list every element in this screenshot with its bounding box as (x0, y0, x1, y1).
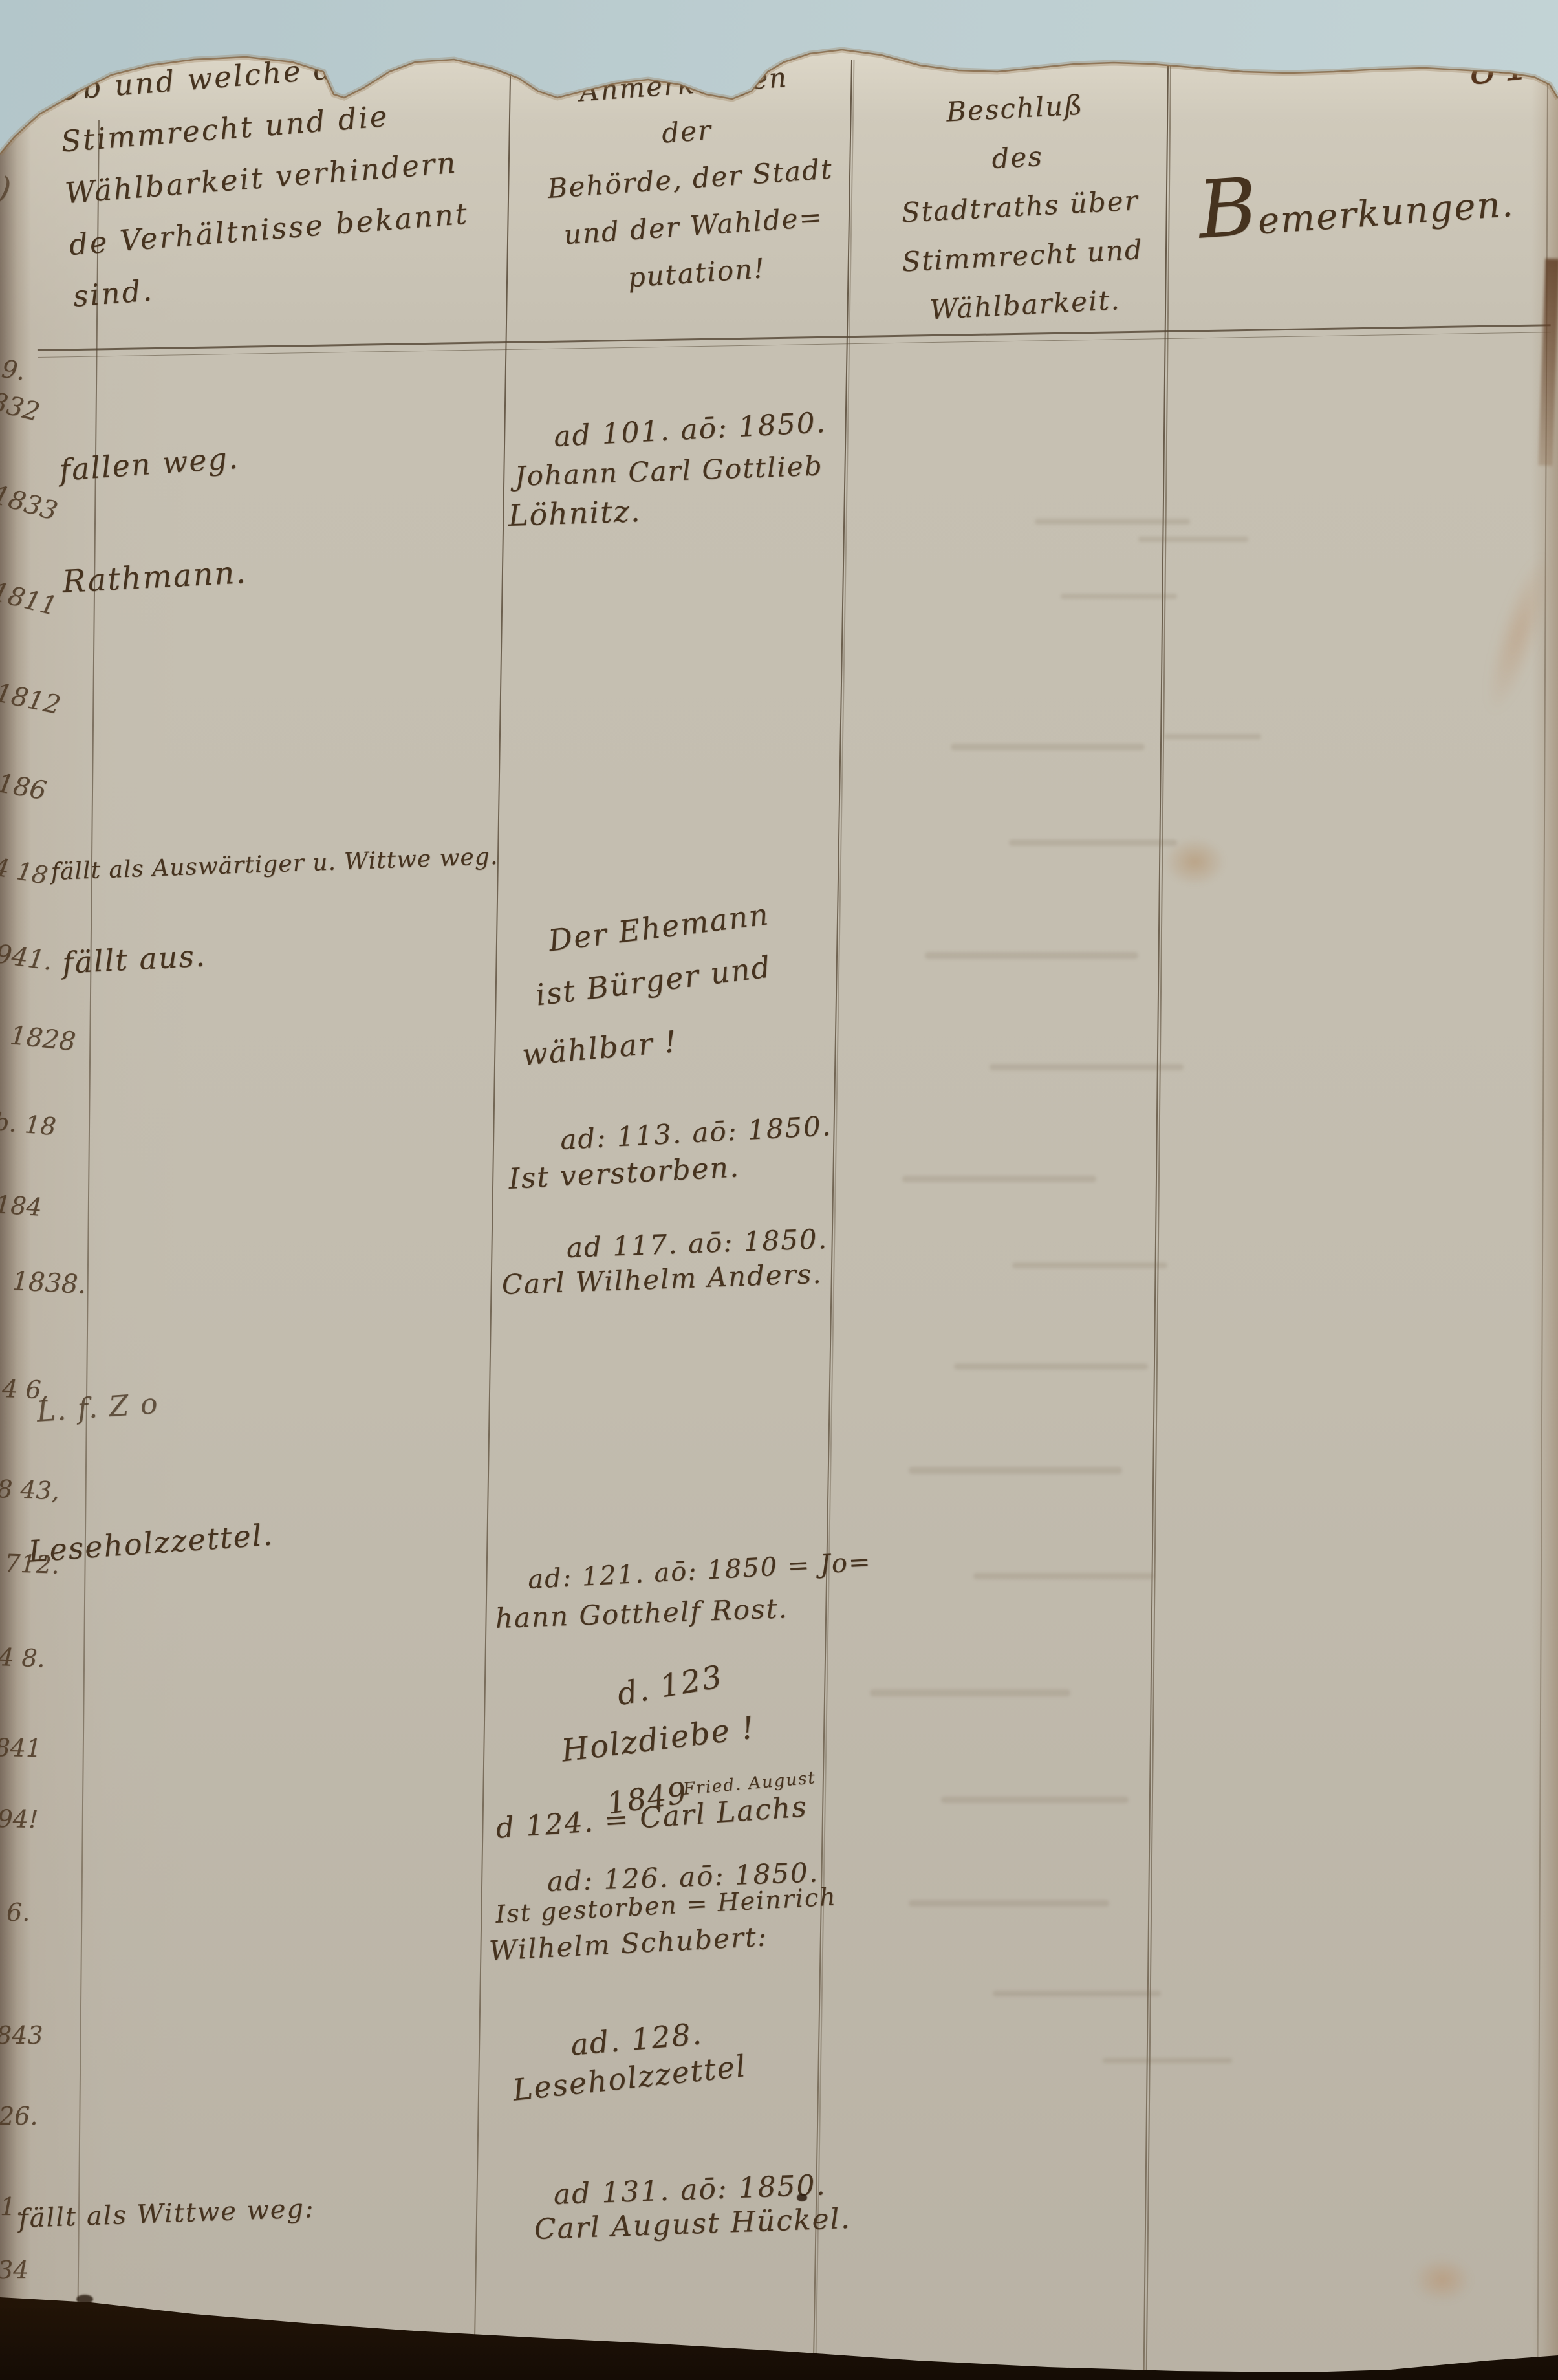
col1-entry: fällt als Auswärtiger u. Wittwe weg. (50, 843, 499, 885)
margin-fragment: F (0, 57, 21, 105)
col2-line: Der Ehemann (546, 896, 771, 958)
margin-fragment: 6. (6, 1898, 30, 1927)
margin-fragment: 34 (0, 2256, 28, 2284)
bleed-through-mark (909, 1467, 1122, 1474)
ink-speck (797, 2194, 807, 2201)
bleed-through-mark (990, 1064, 1184, 1070)
ledger-page: Ob und welche das Stimmrecht und die Wäh… (0, 0, 1558, 2380)
bleed-through-mark (925, 952, 1138, 959)
col2-line: ist Bürger und (534, 949, 774, 1012)
margin-fragment: 1. (0, 2192, 23, 2221)
col2-line: hann Gotthelf Rost. (495, 1592, 788, 1634)
paper-stain (1413, 2257, 1471, 2302)
margin-fragment: 843 (0, 2021, 43, 2050)
col1-entry: fällt als Wittwe weg: (18, 2194, 315, 2234)
header-col2: Anmerkungen der Behörde, der Stadt und d… (517, 49, 863, 308)
col1-entry: L. f. Z o (36, 1387, 160, 1429)
column-divider-1 (473, 76, 511, 2380)
bleed-through-mark (951, 744, 1145, 750)
bleed-through-mark (1035, 519, 1190, 525)
bleed-through-mark (954, 1363, 1148, 1370)
bleed-through-mark (1009, 839, 1177, 846)
col2-line: Löhnitz. (508, 493, 642, 533)
col2-line: Ist verstorben. (508, 1151, 741, 1196)
margin-fragment: 4 6, (1, 1374, 49, 1405)
bleed-through-mark (973, 1573, 1154, 1579)
bleed-through-mark (941, 1797, 1129, 1803)
paper-stain (1164, 838, 1226, 886)
col2-line: Carl Wilhelm Anders. (501, 1258, 823, 1301)
margin-fragment: 4 8. (0, 1643, 45, 1673)
bleed-through-mark (1061, 594, 1177, 599)
col2-line: ad: 121. aō: 1850 = Jo= (527, 1547, 872, 1595)
col2-line: wählbar ! (521, 1024, 679, 1072)
bleed-through-mark (1164, 734, 1261, 739)
col2-line: Johann Carl Gottlieb (514, 449, 823, 492)
bleed-through-mark (993, 1991, 1161, 1996)
bleed-through-mark (909, 1900, 1109, 1907)
page-number: 84 (1467, 39, 1531, 94)
col1-entry: fällt aus. (61, 938, 207, 980)
col2-line: ad: 113. aō: 1850. (559, 1110, 832, 1156)
col2-line: d. 123 (614, 1658, 726, 1713)
margin-fragment: b. 18 (0, 1107, 57, 1141)
column-divider-3 (1143, 66, 1169, 2380)
col2-line: Holzdiebe ! (559, 1709, 757, 1769)
col2-line: Wilhelm Schubert: (488, 1920, 768, 1966)
header-col4: Bemerkungen. (1195, 140, 1550, 257)
margin-fragment: 8 43, (0, 1475, 60, 1505)
col1-entry: Leseholzzettel. (27, 1517, 275, 1569)
margin-fragment: 94! (0, 1804, 39, 1834)
col2-line: ad 101. aō: 1850. (553, 406, 827, 453)
margin-fragment: 841 (0, 1733, 42, 1762)
col1-entry: Rathmann. (61, 554, 248, 600)
margin-fragment: 184 (0, 1190, 43, 1222)
col2-line: ad 117. aō: 1850. (566, 1223, 828, 1264)
margin-fragment: 26. (0, 2102, 38, 2130)
margin-fragment: 9. (0, 354, 27, 386)
header-col1: Ob und welche das Stimmrecht und die Wäh… (55, 31, 501, 323)
margin-fragment: 712. (4, 1549, 60, 1579)
bleed-through-mark (870, 1689, 1070, 1696)
header-separator-line (38, 324, 1551, 358)
header-col3: Beschluß des Stadtraths über Stimmrecht … (867, 76, 1173, 337)
bleed-through-mark (902, 1176, 1096, 1182)
col1-entry: fallen weg. (58, 440, 240, 488)
bleed-through-mark (1138, 537, 1248, 542)
bleed-through-mark (1103, 2058, 1232, 2063)
bleed-through-mark (1012, 1262, 1167, 1268)
margin-fragment: 1838. (12, 1266, 87, 1300)
photo-canvas: Ob und welche das Stimmrecht und die Wäh… (0, 0, 1558, 2380)
